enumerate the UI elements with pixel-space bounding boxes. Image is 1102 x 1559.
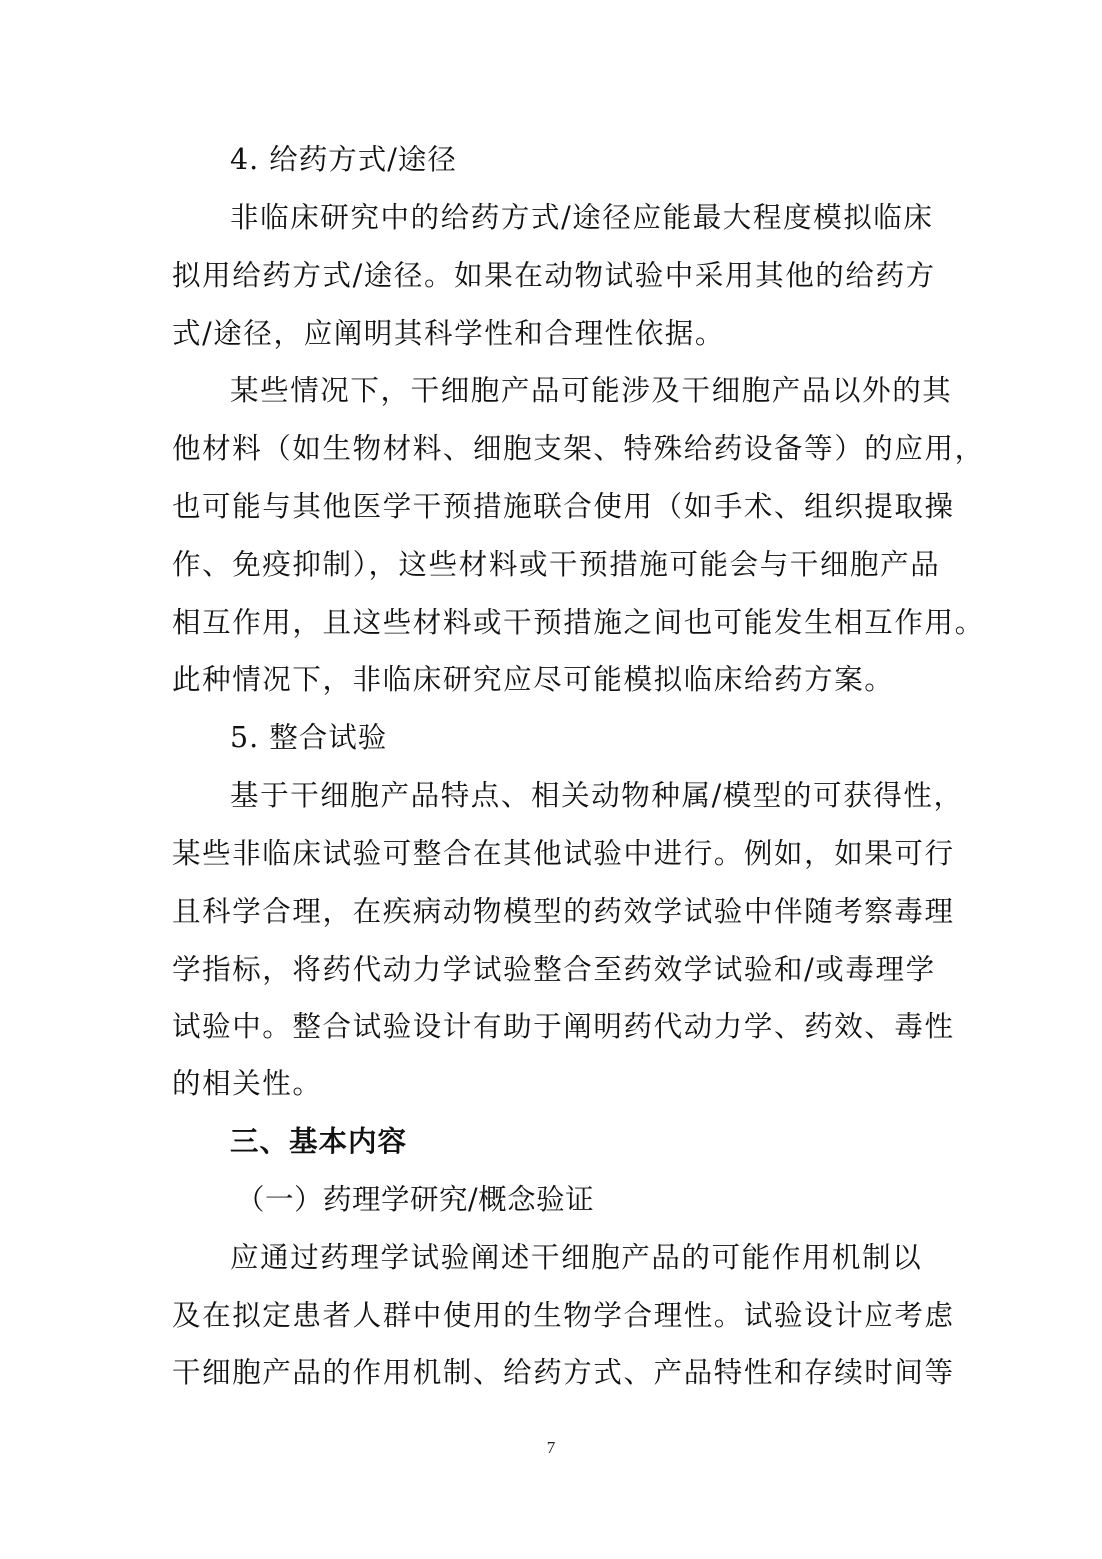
chapter-heading-basic-content: 三、基本内容 bbox=[230, 1122, 1000, 1162]
paragraph-line: 学指标，将药代动力学试验整合至药效学试验和/或毒理学 bbox=[172, 950, 942, 990]
paragraph-line: 且科学合理，在疾病动物模型的药效学试验中伴随考察毒理 bbox=[172, 892, 942, 932]
section-heading-5: 5. 整合试验 bbox=[230, 718, 1000, 758]
paragraph-line: 式/途径，应阐明其科学性和合理性依据。 bbox=[172, 314, 942, 354]
document-page: 4. 给药方式/途径 非临床研究中的给药方式/途径应能最大程度模拟临床 拟用给药… bbox=[0, 0, 1102, 1559]
paragraph-line: 相互作用，且这些材料或干预措施之间也可能发生相互作用。 bbox=[172, 603, 942, 643]
paragraph-line: 拟用给药方式/途径。如果在动物试验中采用其他的给药方 bbox=[172, 256, 942, 296]
paragraph-line: 及在拟定患者人群中使用的生物学合理性。试验设计应考虑 bbox=[172, 1296, 942, 1336]
paragraph-line: 干细胞产品的作用机制、给药方式、产品特性和存续时间等 bbox=[172, 1353, 942, 1393]
paragraph-line: 试验中。整合试验设计有助于阐明药代动力学、药效、毒性 bbox=[172, 1007, 942, 1047]
paragraph-line: 非临床研究中的给药方式/途径应能最大程度模拟临床 bbox=[230, 198, 1000, 238]
paragraph-line: 也可能与其他医学干预措施联合使用（如手术、组织提取操 bbox=[172, 487, 942, 527]
subsection-heading-pharmacology: （一）药理学研究/概念验证 bbox=[236, 1180, 1006, 1220]
paragraph-line: 作、免疫抑制），这些材料或干预措施可能会与干细胞产品 bbox=[172, 545, 942, 585]
section-heading-4: 4. 给药方式/途径 bbox=[230, 140, 1000, 180]
paragraph-line: 某些情况下，干细胞产品可能涉及干细胞产品以外的其 bbox=[230, 371, 1000, 411]
paragraph-line: 他材料（如生物材料、细胞支架、特殊给药设备等）的应用， bbox=[172, 429, 942, 469]
paragraph-line: 应通过药理学试验阐述干细胞产品的可能作用机制以 bbox=[230, 1238, 1000, 1278]
paragraph-line: 的相关性。 bbox=[172, 1064, 942, 1104]
paragraph-line: 基于干细胞产品特点、相关动物种属/模型的可获得性， bbox=[230, 776, 1000, 816]
page-number: 7 bbox=[0, 1438, 1102, 1458]
paragraph-line: 某些非临床试验可整合在其他试验中进行。例如，如果可行 bbox=[172, 834, 942, 874]
paragraph-line: 此种情况下，非临床研究应尽可能模拟临床给药方案。 bbox=[172, 660, 942, 700]
